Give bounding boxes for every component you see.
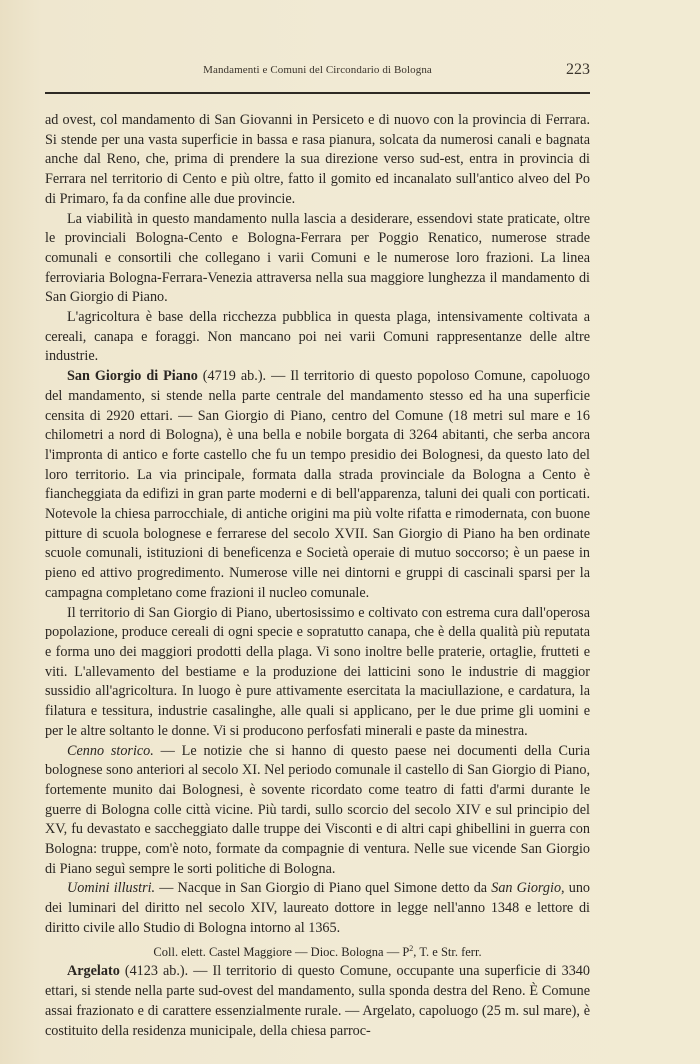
page-header: Mandamenti e Comuni del Circondario di B…: [45, 64, 590, 84]
paragraph-viability: La viabilità in questo mandamento nulla …: [45, 210, 590, 309]
paragraph-territory: Il territorio di San Giorgio di Piano, u…: [45, 604, 590, 742]
entry-heading-argelato: Argelato: [67, 963, 120, 979]
entry-heading-san-giorgio: San Giorgio di Piano: [67, 368, 198, 384]
body-text: ad ovest, col mandamento di San Giovanni…: [45, 111, 590, 1041]
rubric-uomini-illustri: Uomini illustri.: [67, 880, 155, 896]
paragraph-history: Cenno storico. — Le notizie che si hanno…: [45, 742, 590, 880]
rubric-cenno-storico: Cenno storico.: [67, 743, 154, 759]
paragraph-san-giorgio: San Giorgio di Piano (4719 ab.). — Il te…: [45, 367, 590, 603]
paragraph-argelato: Argelato (4123 ab.). — Il territorio di …: [45, 962, 590, 1041]
running-title: Mandamenti e Comuni del Circondario di B…: [45, 64, 590, 76]
header-rule: [45, 92, 590, 94]
italic-san-giorgio: San Giorgio: [491, 880, 561, 896]
paragraph-notable-people: Uomini illustri. — Nacque in San Giorgio…: [45, 879, 590, 938]
paragraph-continuation: ad ovest, col mandamento di San Giovanni…: [45, 111, 590, 210]
electoral-note: Coll. elett. Castel Maggiore — Dioc. Bol…: [45, 939, 590, 963]
paragraph-agriculture: L'agricoltura è base della ricchezza pub…: [45, 308, 590, 367]
page-number: 223: [566, 61, 590, 79]
